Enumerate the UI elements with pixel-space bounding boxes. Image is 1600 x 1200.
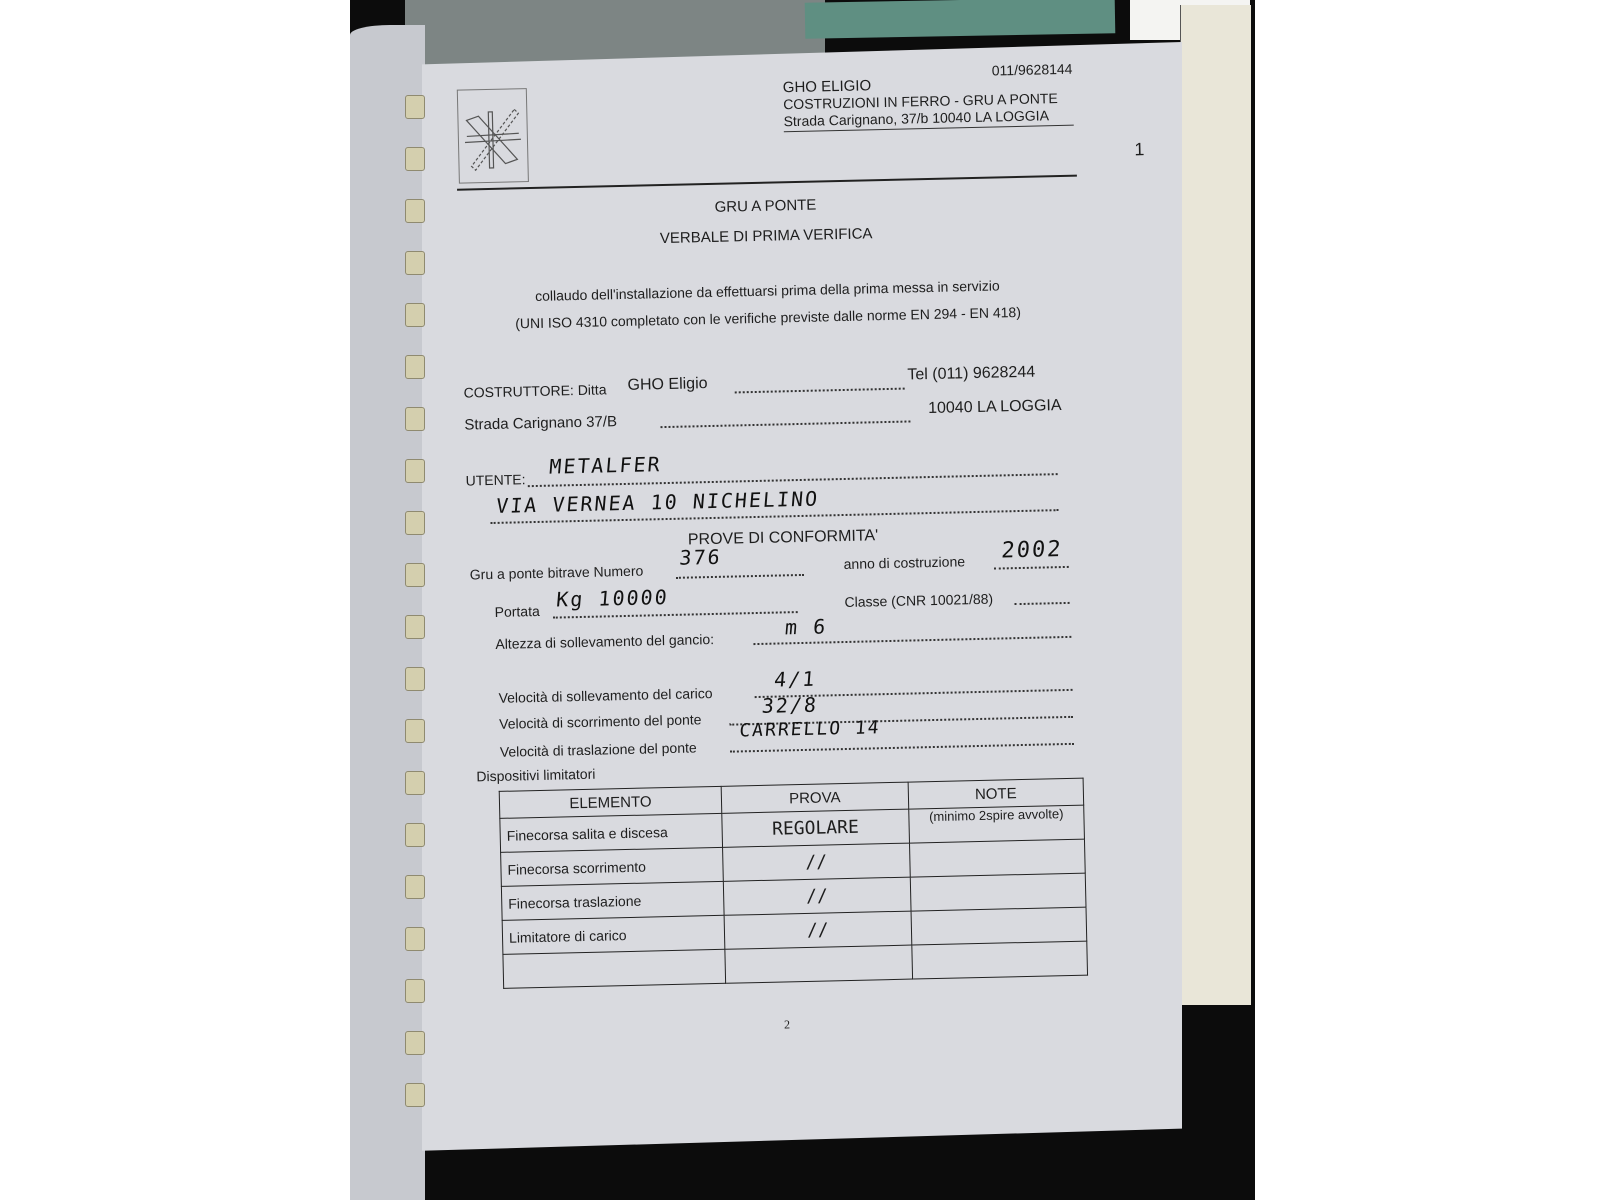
cell-note: (minimo 2spire avvolte) <box>909 805 1085 843</box>
cell-prova: REGOLARE <box>722 809 910 847</box>
subtitle-line1: collaudo dell'installazione da effettuar… <box>447 275 1087 306</box>
dotted-line <box>660 420 910 428</box>
crossed-beams-logo-icon <box>457 88 529 184</box>
page-number: 2 <box>784 1017 790 1032</box>
altezza-value: m 6 <box>784 614 828 639</box>
subtitle-line2: (UNI ISO 4310 completato con le verifich… <box>448 302 1088 333</box>
binding-ring <box>405 719 425 743</box>
letterhead: 011/9628144 GHO ELIGIO COSTRUZIONI IN FE… <box>782 61 1073 133</box>
vel-soll-label: Velocità di sollevamento del carico <box>498 685 712 706</box>
col-note: NOTE <box>908 778 1084 809</box>
binding-ring <box>405 979 425 1003</box>
dotted-line <box>735 388 905 394</box>
vel-soll-value: 4/1 <box>773 667 817 692</box>
col-prova: PROVA <box>721 782 908 813</box>
binding-rings <box>405 95 435 1135</box>
cell-elemento: Finecorsa traslazione <box>501 881 724 920</box>
binding-ring <box>405 615 425 639</box>
binding-ring <box>405 355 425 379</box>
classe-label: Classe (CNR 10021/88) <box>844 591 993 610</box>
costruttore-label: COSTRUTTORE: Ditta <box>463 381 606 400</box>
binding-ring <box>405 771 425 795</box>
title-line2: VERBALE DI PRIMA VERIFICA <box>446 220 1086 252</box>
utente-address: VIA VERNEA 10 NICHELINO <box>495 487 820 518</box>
dotted-line <box>994 566 1069 570</box>
vel-scorr-label: Velocità di scorrimento del ponte <box>499 711 702 732</box>
binding-ring <box>405 823 425 847</box>
limitatori-table: ELEMENTO PROVA NOTE Finecorsa salita e d… <box>499 778 1088 989</box>
binding-ring <box>405 95 425 119</box>
numero-value: 376 <box>678 545 722 570</box>
costruttore-tel: Tel (011) 9628244 <box>907 364 1035 385</box>
binding-ring <box>405 1031 425 1055</box>
dotted-line <box>676 574 804 579</box>
binding-ring <box>405 147 425 171</box>
cell-prova: // <box>723 877 911 915</box>
cell-prova: // <box>722 843 910 881</box>
vel-scorr-value: 32/8 <box>761 693 819 718</box>
costruttore-city: 10040 LA LOGGIA <box>928 397 1062 418</box>
dotted-line <box>730 743 1074 753</box>
binding-ring <box>405 199 425 223</box>
utente-name: METALFER <box>548 452 662 479</box>
binding-ring <box>405 303 425 327</box>
binding-ring <box>405 927 425 951</box>
vel-trasl-value: CARRELLO 14 <box>739 717 882 741</box>
cell-prova: // <box>724 911 912 949</box>
binding-ring <box>405 407 425 431</box>
cell-elemento: Finecorsa salita e discesa <box>500 813 723 852</box>
cell-elemento: Finecorsa scorrimento <box>501 847 724 886</box>
header-divider <box>457 175 1077 191</box>
background-folder <box>805 0 1116 39</box>
costruttore-name: GHO Eligio <box>627 375 707 395</box>
altezza-label: Altezza di sollevamento del gancio: <box>495 631 714 652</box>
anno-label: anno di costruzione <box>843 553 965 572</box>
binding-ring <box>405 459 425 483</box>
costruttore-street: Strada Carignano 37/B <box>464 413 617 433</box>
binding-ring <box>405 563 425 587</box>
portata-label: Portata <box>494 603 539 620</box>
binding-ring <box>405 875 425 899</box>
cell-note <box>912 941 1088 979</box>
anno-value: 2002 <box>1000 537 1063 563</box>
binding-ring <box>405 667 425 691</box>
cell-elemento <box>503 949 726 988</box>
letterhead-phone: 011/9628144 <box>992 61 1073 80</box>
binding-ring <box>405 1083 425 1107</box>
cell-note <box>910 873 1086 911</box>
numero-label: Gru a ponte bitrave Numero <box>470 563 644 583</box>
cell-elemento: Limitatore di carico <box>502 915 725 954</box>
vel-trasl-label: Velocità di traslazione del ponte <box>500 739 697 759</box>
binding-ring <box>405 251 425 275</box>
form-content: 011/9628144 GHO ELIGIO COSTRUZIONI IN FE… <box>442 38 1204 1055</box>
utente-label: UTENTE: <box>465 471 525 488</box>
portata-value: Kg 10000 <box>555 585 669 612</box>
margin-mark: 1 <box>1134 139 1144 160</box>
binding-ring <box>405 511 425 535</box>
title-line1: GRU A PONTE <box>445 190 1085 222</box>
cell-note <box>909 839 1085 877</box>
cell-note <box>911 907 1087 945</box>
cell-prova <box>725 945 913 983</box>
dotted-line <box>553 611 798 619</box>
dotted-line <box>1015 602 1070 605</box>
limitatori-heading: Dispositivi limitatori <box>476 766 595 785</box>
